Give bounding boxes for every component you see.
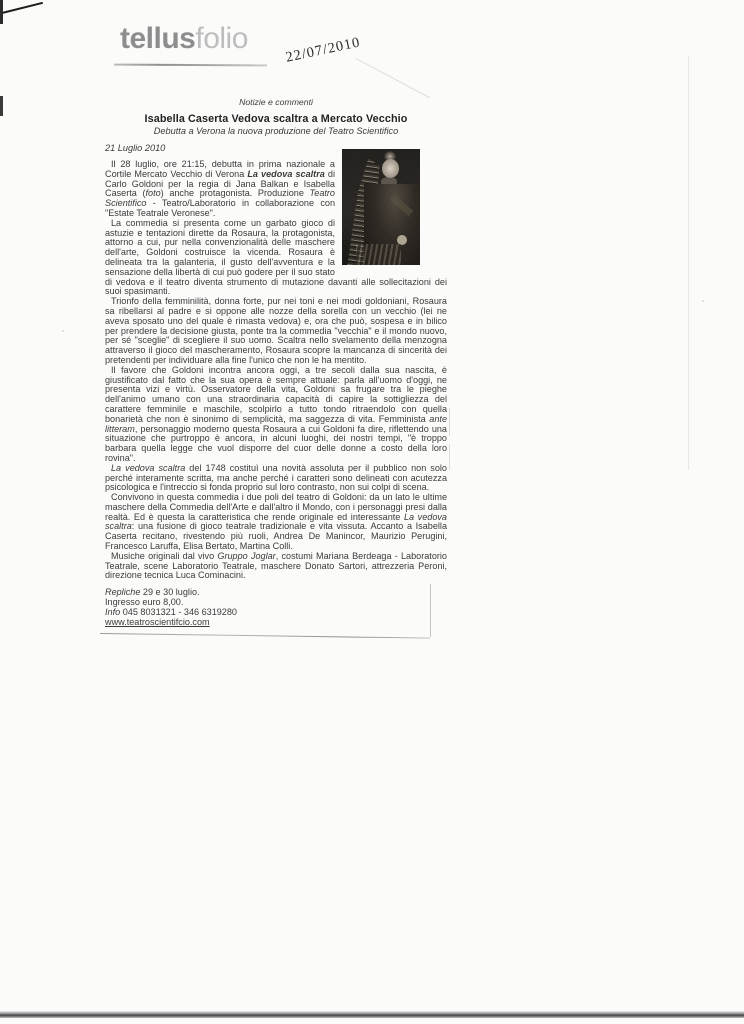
article-clipping: Notizie e commenti Isabella Caserta Vedo… [105, 97, 447, 627]
clipping-right-edge [449, 408, 450, 436]
article-subheadline: Debutta a Verona la nuova produzione del… [105, 126, 447, 136]
scan-left-edge-mark [0, 96, 3, 116]
text-run: ) anche protagonista. Produzione [161, 188, 310, 198]
footer-line: Ingresso euro 8,00. [105, 597, 447, 607]
date-slip-edge-line [356, 58, 431, 98]
logo-bold-part: tellus [120, 22, 195, 55]
text-run: La vedova scaltra [247, 169, 324, 179]
logo-underline [114, 64, 267, 67]
text-run: La vedova scaltra [111, 463, 185, 473]
paper-speck [62, 330, 64, 332]
scanned-press-page: { "masthead": { "logo_bold": "tellus", "… [0, 0, 744, 1024]
article-paragraph: La vedova scaltra del 1748 costituì una … [105, 464, 447, 493]
scan-fold-line [688, 56, 689, 470]
article-footer: Repliche 29 e 30 luglio.Ingresso euro 8,… [105, 587, 447, 627]
text-run: , personaggio moderno questa Rosaura a c… [105, 424, 447, 463]
footer-line: Info 045 8031321 - 346 6319280 [105, 607, 447, 617]
text-run: : una fusione di gioco teatrale tradizio… [105, 521, 447, 551]
article-paragraph: Trionfo della femminilità, donna forte, … [105, 297, 447, 366]
clipping-right-edge [449, 444, 450, 470]
scan-left-edge-mark [0, 0, 3, 24]
paper-speck [702, 300, 704, 302]
photo-grain-overlay [342, 149, 420, 265]
article-paragraph: Il favore che Goldoni incontra ancora og… [105, 366, 447, 464]
text-run: Trionfo della femminilità, donna forte, … [105, 296, 447, 365]
text-run: Musiche originali dal vivo [111, 551, 217, 561]
clipping-bottom-edge [100, 633, 430, 639]
text-run: 045 8031321 - 346 6319280 [120, 607, 237, 617]
tellusfolio-logo: tellusfolio [120, 24, 248, 54]
text-run: Info [105, 607, 120, 617]
text-run: foto [146, 188, 161, 198]
article-paragraph: Musiche originali dal vivo Gruppo Joglar… [105, 552, 447, 581]
date-stamp: 22/07/2010 [284, 34, 362, 66]
section-label: Notizie e commenti [105, 97, 447, 107]
article-paragraph: Convivono in questa commedia i due poli … [105, 493, 447, 552]
footer-line: Repliche 29 e 30 luglio. [105, 587, 447, 597]
scan-corner-streak [2, 2, 43, 14]
text-run: Repliche [105, 587, 140, 597]
text-run: Ingresso euro 8,00. [105, 597, 183, 607]
stage-portrait-photo [342, 149, 420, 265]
website-link[interactable]: www.teatroscientifcio.com [105, 617, 447, 627]
text-run: Gruppo Joglar [217, 551, 275, 561]
text-run: Convivono in questa commedia i due poli … [105, 492, 447, 522]
page-bottom-scan-edge [0, 1011, 744, 1018]
article-headline: Isabella Caserta Vedova scaltra a Mercat… [105, 113, 447, 125]
article-body: Il 28 luglio, ore 21:15, debutta in prim… [105, 160, 447, 581]
text-run: 29 e 30 luglio. [140, 587, 199, 597]
text-run: Il favore che Goldoni incontra ancora og… [105, 365, 447, 424]
logo-light-part: folio [195, 22, 248, 55]
text-run: www.teatroscientifcio.com [105, 617, 210, 627]
